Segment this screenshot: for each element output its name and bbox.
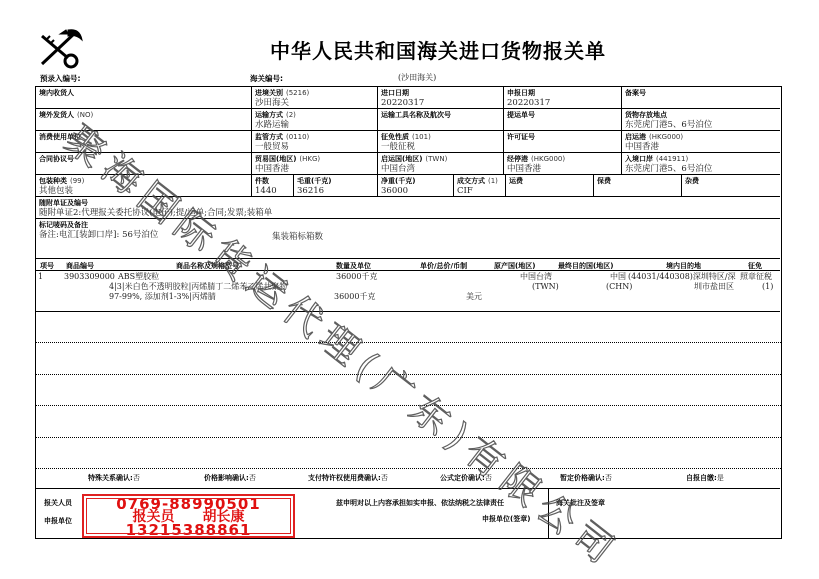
declarant-stamp: 0769-88990501 报关员 胡长康 13215388861 bbox=[82, 494, 295, 538]
confirm-self-declare: 自报自缴:是 bbox=[686, 473, 724, 483]
freight-cell: 运费 bbox=[506, 175, 594, 197]
overseas-shipper-cell: 境外发货人(NO) bbox=[36, 109, 252, 131]
transport-mode-cell: 运输方式(2) 水路运输 bbox=[252, 109, 378, 131]
import-date-cell: 进口日期 20220317 bbox=[378, 87, 504, 109]
consumer-unit-cell: 消费使用单位 bbox=[36, 131, 252, 153]
row-divider bbox=[36, 342, 781, 343]
origin-country-cell: 启运国(地区)(TWN) 中国台湾 bbox=[378, 153, 504, 175]
trade-terms-cell: 成交方式(1) CIF bbox=[454, 175, 506, 197]
vessel-voyage-cell: 运输工具名称及航次号 bbox=[378, 109, 504, 131]
storage-place-cell: 货物存放地点 东莞虎门港5、6号泊位 bbox=[622, 109, 780, 131]
col-price: 单价/总价/币制 bbox=[420, 261, 467, 271]
col-origin: 原产国(地区) bbox=[494, 261, 535, 271]
seal-label: 申报单位(签章) bbox=[482, 514, 530, 524]
attached-docs-cell: 随附单证及编号 随附单证2:代理报关委托协议(电子);提/运单;合同;发票;装箱… bbox=[36, 197, 780, 219]
row-divider bbox=[36, 437, 781, 438]
tax-nature-cell: 征免性质(101) 一般征税 bbox=[378, 131, 504, 153]
col-hs-code: 商品编号 bbox=[66, 261, 94, 271]
confirm-special-relation: 特殊关系确认:否 bbox=[88, 473, 140, 483]
declarant-label: 报关人员 bbox=[44, 498, 72, 508]
package-type-cell: 包装种类(99) 其他包装 bbox=[36, 175, 252, 197]
domestic-consignee-cell: 境内收货人 bbox=[36, 87, 252, 109]
col-dest-country: 最终目的国(地区) bbox=[558, 261, 613, 271]
supervision-mode-cell: 监管方式(0110) 一般贸易 bbox=[252, 131, 378, 153]
trade-country-cell: 贸易国(地区)(HKG) 中国香港 bbox=[252, 153, 378, 175]
stamp-mobile: 13215388861 bbox=[84, 524, 293, 537]
misc-fee-cell: 杂费 bbox=[682, 175, 780, 197]
col-domestic-dest: 境内目的地 bbox=[666, 261, 701, 271]
table-row: 1 3903309000 ABS塑胶粒 4|3|米白色不透明胶粒|丙烯腈丁二烯苯… bbox=[36, 271, 780, 312]
row-divider bbox=[36, 405, 781, 406]
confirm-price-influence: 价格影响确认:否 bbox=[204, 473, 256, 483]
declare-date-cell: 申报日期 20220317 bbox=[504, 87, 622, 109]
confirm-provisional-price: 暂定价格确认:否 bbox=[560, 473, 612, 483]
confirm-formula-pricing: 公式定价确认:否 bbox=[440, 473, 492, 483]
insurance-cell: 保费 bbox=[594, 175, 682, 197]
customs-no-label: 海关编号: bbox=[250, 73, 283, 84]
transit-port-cell: 经停港(HKG000) 中国香港 bbox=[504, 153, 622, 175]
confirm-royalty: 支付特许权使用费确认:否 bbox=[308, 473, 388, 483]
declaring-unit-label: 申报单位 bbox=[44, 516, 72, 526]
contract-no-cell: 合同协议号 bbox=[36, 153, 252, 175]
customs-emblem-icon bbox=[38, 26, 84, 70]
net-weight-cell: 净重(千克) 36000 bbox=[378, 175, 454, 197]
col-quantity: 数量及单位 bbox=[336, 261, 371, 271]
pre-entry-no-label: 预录入编号: bbox=[40, 73, 81, 84]
entry-port-cell: 入境口岸(441911) 东莞虎门港5、6号泊位 bbox=[622, 153, 780, 175]
customs-approval-label: 海关批注及签章 bbox=[556, 498, 605, 508]
col-item-no: 项号 bbox=[40, 261, 54, 271]
col-name-spec: 商品名称及规格型号 bbox=[176, 261, 239, 271]
license-no-cell: 许可证号 bbox=[504, 131, 622, 153]
marks-remarks-cell: 标记唛码及备注 备注:电汇[装卸口岸]: 56号泊位 集装箱标箱数 bbox=[36, 219, 780, 259]
departure-port-cell: 启运港(HKG000) 中国香港 bbox=[622, 131, 780, 153]
customs-office: (沙田海关) bbox=[398, 72, 436, 83]
declaration-form: 境内收货人 进境关别(5216) 沙田海关 进口日期 20220317 申报日期… bbox=[35, 86, 782, 539]
footer-divider bbox=[548, 488, 549, 538]
declaration-statement: 兹申明对以上内容承担如实申报、依法纳税之法律责任 bbox=[336, 498, 504, 508]
pieces-cell: 件数 1440 bbox=[252, 175, 294, 197]
col-tax: 征免 bbox=[748, 261, 762, 271]
row-divider bbox=[36, 374, 781, 375]
gross-weight-cell: 毛重(千克) 36216 bbox=[294, 175, 378, 197]
record-no-cell: 备案号 bbox=[622, 87, 780, 109]
confirmations-row: 特殊关系确认:否 价格影响确认:否 支付特许权使用费确认:否 公式定价确认:否 … bbox=[36, 469, 780, 489]
page-title: 中华人民共和国海关进口货物报关单 bbox=[270, 35, 606, 64]
entry-customs-cell: 进境关别(5216) 沙田海关 bbox=[252, 87, 378, 109]
container-count-label: 集装箱标箱数 bbox=[272, 232, 323, 243]
bill-of-lading-cell: 提运单号 bbox=[504, 109, 622, 131]
goods-table-header: 项号 商品编号 商品名称及规格型号 数量及单位 单价/总价/币制 原产国(地区)… bbox=[36, 259, 780, 271]
